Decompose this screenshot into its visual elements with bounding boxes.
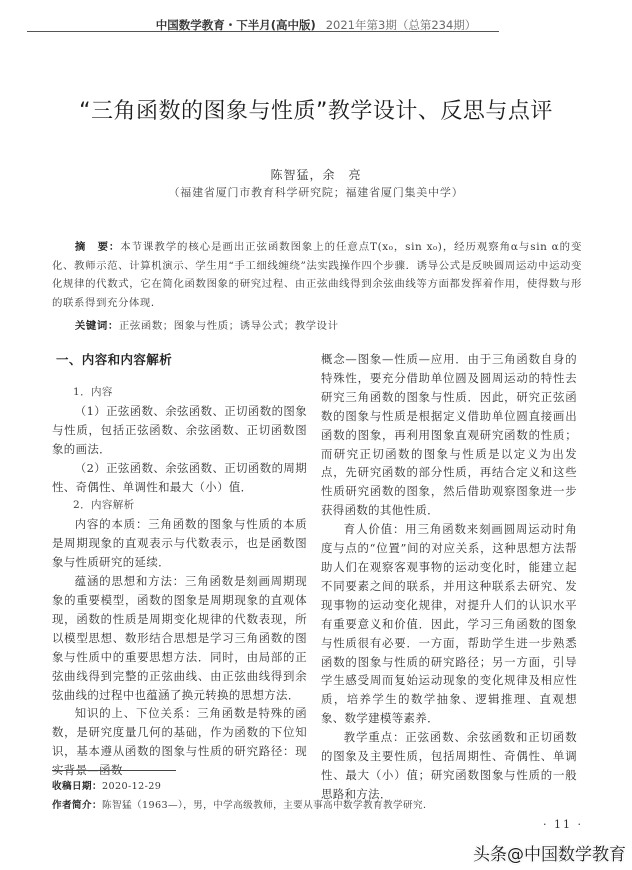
keywords-text: 正弦函数；图象与性质；诱导公式；教学设计 bbox=[119, 320, 339, 332]
header-rule bbox=[27, 31, 499, 32]
author-bio-label: 作者简介： bbox=[52, 800, 102, 811]
paragraph: 育人价值：用三角函数来刻画圆周运动时角度与点的“位置”间的对应关系，这种思想方法… bbox=[321, 520, 577, 728]
footnote-rule bbox=[52, 770, 176, 771]
article-title: “三角函数的图象与性质”教学设计、反思与点评 bbox=[0, 94, 632, 125]
keywords-label: 关键词： bbox=[75, 320, 119, 332]
paragraph: 蕴涵的思想和方法：三角函数是刻画周期现象的重要模型，函数的图象是周期现象的直观体… bbox=[52, 572, 307, 704]
author-bio: 陈智猛（1963—），男，中学高级教师，主要从事高中数学教育教学研究． bbox=[102, 800, 433, 811]
authors: 陈智猛，余 亮 bbox=[0, 166, 632, 183]
page-number: · 11 · bbox=[543, 818, 583, 831]
paragraph: （2）正弦函数、余弦函数、正切函数的周期性、奇偶性、单调性和最大（小）值． bbox=[52, 459, 307, 497]
paragraph: 内容的本质：三角函数的图象与性质的本质是周期现象的直观表示与代数表示，也是函数图… bbox=[52, 515, 307, 572]
paragraph: （1）正弦函数、余弦函数、正切函数的图象与性质，包括正弦函数、余弦函数、正切函数… bbox=[52, 402, 307, 459]
keywords: 关键词：正弦函数；图象与性质；诱导公式；教学设计 bbox=[52, 317, 582, 335]
left-column: 一、内容和内容解析 1．内容 （1）正弦函数、余弦函数、正切函数的图象与性质，包… bbox=[52, 350, 307, 780]
abstract: 摘 要：本节课教学的核心是画出正弦函数图象上的任意点T(x₀，sin x₀)，经… bbox=[52, 238, 582, 312]
watermark: 头条@中国数学教育 bbox=[473, 840, 626, 865]
paragraph: 教学重点：正弦函数、余弦函数和正切函数的图象及主要性质，包括周期性、奇偶性、单调… bbox=[321, 728, 577, 804]
paragraph: 知识的上、下位关系：三角函数是特殊的函数，是研究度量几何的基础，作为函数的下位知… bbox=[52, 704, 307, 780]
affiliation: （福建省厦门市教育科学研究院；福建省厦门集美中学） bbox=[0, 184, 632, 200]
right-column: 概念—图象—性质—应用．由于三角函数自身的特殊性，要充分借助单位圆及圆周运动的特… bbox=[321, 350, 577, 804]
abstract-text: 本节课教学的核心是画出正弦函数图象上的任意点T(x₀，sin x₀)，经历观察角… bbox=[52, 241, 582, 309]
received-date: 2020-12-29 bbox=[102, 781, 161, 792]
footnote-received: 收稿日期：2020-12-29 bbox=[52, 778, 592, 792]
paragraph: 概念—图象—性质—应用．由于三角函数自身的特殊性，要充分借助单位圆及圆周运动的特… bbox=[321, 350, 577, 520]
footnote-author: 作者简介：陈智猛（1963—），男，中学高级教师，主要从事高中数学教育教学研究． bbox=[52, 797, 592, 811]
issue-info: 2021年第3期（总第234期） bbox=[326, 18, 477, 32]
subheading: 2．内容解析 bbox=[52, 496, 307, 515]
received-label: 收稿日期： bbox=[52, 781, 102, 792]
abstract-label: 摘 要： bbox=[75, 241, 120, 253]
subheading: 1．内容 bbox=[52, 383, 307, 402]
journal-name: 中国数学教育・下半月(高中版) bbox=[156, 18, 316, 32]
section-heading: 一、内容和内容解析 bbox=[52, 350, 307, 370]
